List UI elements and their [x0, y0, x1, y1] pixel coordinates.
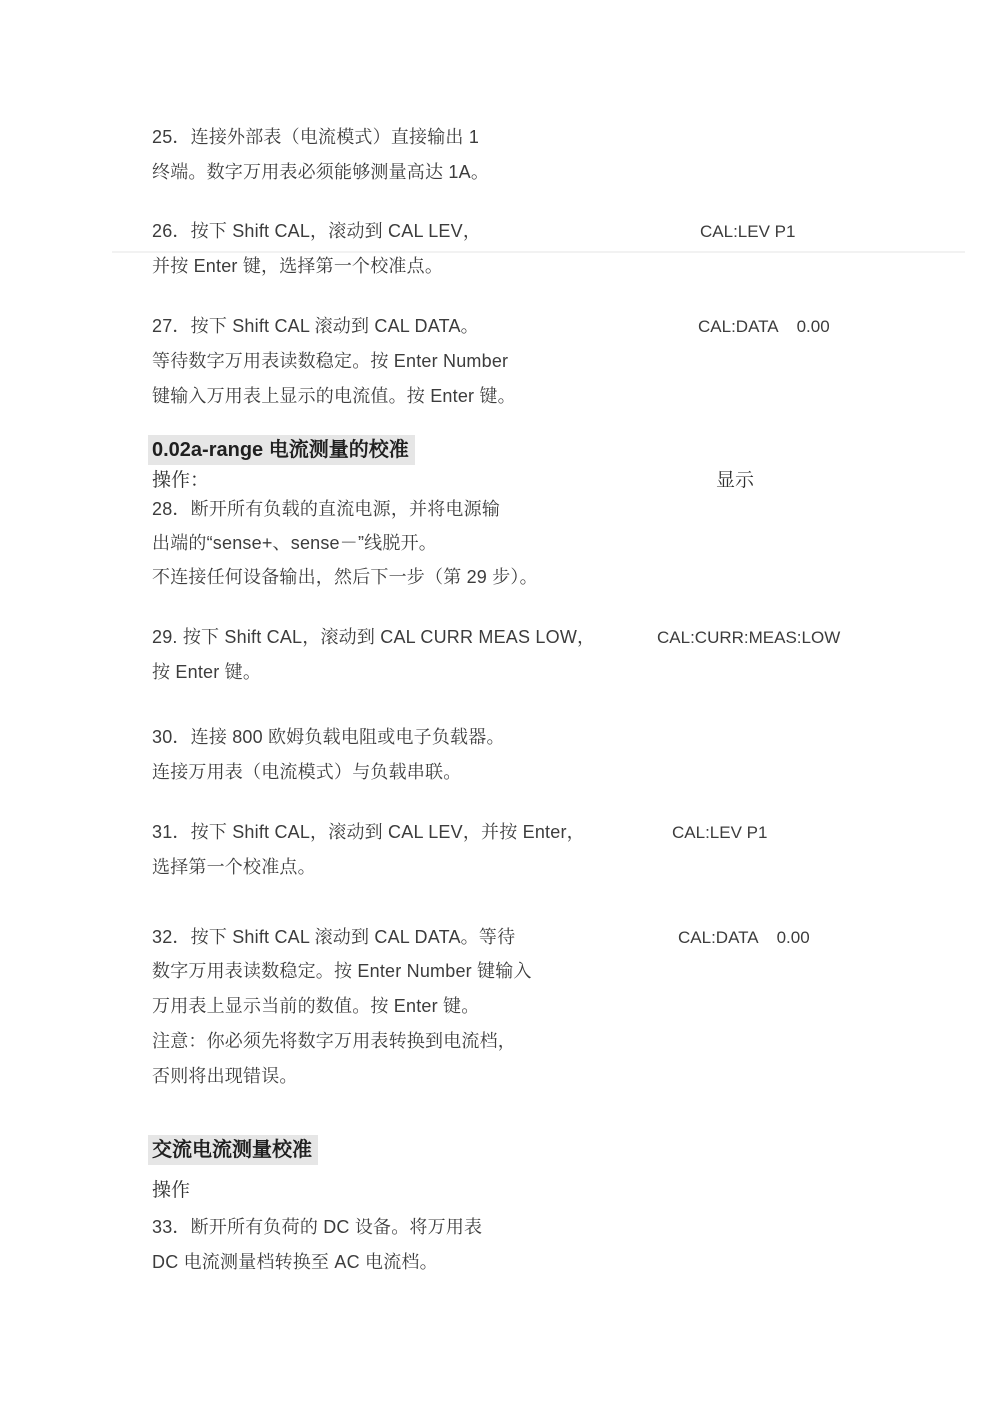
- step-28-line-3: 不连接任何设备输出，然后下一步（第 29 步）。: [152, 560, 538, 595]
- step-25-line-1: 25．连接外部表（电流模式）直接输出 1: [152, 120, 479, 155]
- display-value-step-26: CAL:LEV P1: [700, 214, 795, 249]
- section-heading-ac-current: 交流电流测量校准: [148, 1135, 318, 1165]
- display-value-step-29: CAL:CURR:MEAS:LOW: [657, 620, 840, 655]
- step-33-line-1: 33．断开所有负荷的 DC 设备。将万用表: [152, 1210, 482, 1245]
- step-32-note-line-2: 否则将出现错误。: [152, 1059, 298, 1094]
- step-26-line-2: 并按 Enter 键，选择第一个校准点。: [152, 249, 443, 284]
- display-value-step-27: CAL:DATA 0.00: [698, 309, 830, 344]
- step-26-line-1: 26．按下 Shift CAL，滚动到 CAL LEV，: [152, 214, 481, 249]
- step-30-line-1: 30．连接 800 欧姆负载电阻或电子负载器。: [152, 720, 505, 755]
- step-32-line-2: 数字万用表读数稳定。按 Enter Number 键输入: [152, 954, 532, 989]
- step-31-line-1: 31．按下 Shift CAL，滚动到 CAL LEV，并按 Enter，: [152, 815, 585, 850]
- step-31-line-2: 选择第一个校准点。: [152, 850, 316, 885]
- step-32-line-1: 32．按下 Shift CAL 滚动到 CAL DATA。等待: [152, 920, 515, 955]
- step-28-line-2: 出端的“sense+、sense－”线脱开。: [152, 526, 437, 561]
- step-30-line-2: 连接万用表（电流模式）与负载串联。: [152, 755, 461, 790]
- step-32-note-line-1: 注意：你必须先将数字万用表转换到电流档，: [152, 1024, 516, 1059]
- step-25-line-2: 终端。数字万用表必须能够测量高达 1A。: [152, 155, 489, 190]
- display-value-step-32: CAL:DATA 0.00: [678, 920, 810, 955]
- step-28-line-1: 28．断开所有负载的直流电源，并将电源输: [152, 492, 500, 527]
- step-27-line-3: 键输入万用表上显示的电流值。按 Enter 键。: [152, 379, 516, 414]
- document-page: 25．连接外部表（电流模式）直接输出 1 终端。数字万用表必须能够测量高达 1A…: [0, 0, 1000, 1414]
- step-27-line-2: 等待数字万用表读数稳定。按 Enter Number: [152, 344, 508, 379]
- step-27-line-1: 27．按下 Shift CAL 滚动到 CAL DATA。: [152, 309, 479, 344]
- step-33-line-2: DC 电流测量档转换至 AC 电流档。: [152, 1245, 438, 1280]
- section-heading-002a-range: 0.02a-range 电流测量的校准: [148, 435, 415, 465]
- operation-column-label-2: 操作: [152, 1176, 190, 1206]
- step-32-line-3: 万用表上显示当前的数值。按 Enter 键。: [152, 989, 479, 1024]
- step-29-line-1: 29. 按下 Shift CAL，滚动到 CAL CURR MEAS LOW，: [152, 620, 595, 655]
- step-29-line-2: 按 Enter 键。: [152, 655, 261, 690]
- display-value-step-31: CAL:LEV P1: [672, 815, 767, 850]
- display-column-label: 显示: [716, 466, 754, 496]
